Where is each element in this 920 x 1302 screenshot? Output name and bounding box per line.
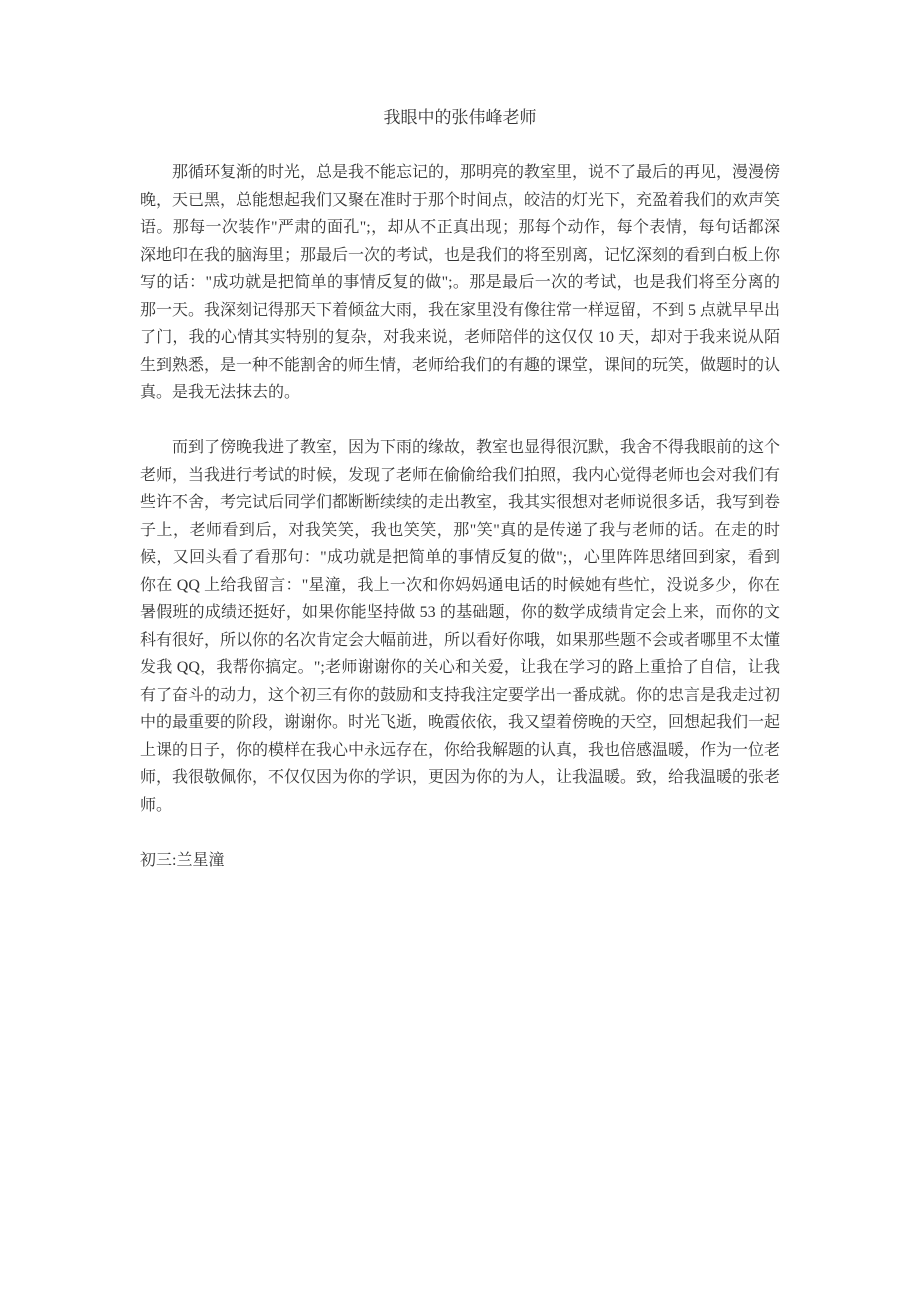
document-page: 我眼中的张伟峰老师 那循环复渐的时光，总是我不能忘记的，那明亮的教室里，说不了最…	[0, 0, 920, 1302]
signature-line: 初三:兰星潼	[140, 847, 780, 875]
paragraph-2: 而到了傍晚我进了教室，因为下雨的缘故，教室也显得很沉默，我舍不得我眼前的这个老师…	[140, 434, 780, 819]
document-content: 我眼中的张伟峰老师 那循环复渐的时光，总是我不能忘记的，那明亮的教室里，说不了最…	[140, 104, 780, 874]
paragraph-1: 那循环复渐的时光，总是我不能忘记的，那明亮的教室里，说不了最后的再见，漫漫傍晚，…	[140, 159, 780, 407]
document-title: 我眼中的张伟峰老师	[140, 104, 780, 132]
